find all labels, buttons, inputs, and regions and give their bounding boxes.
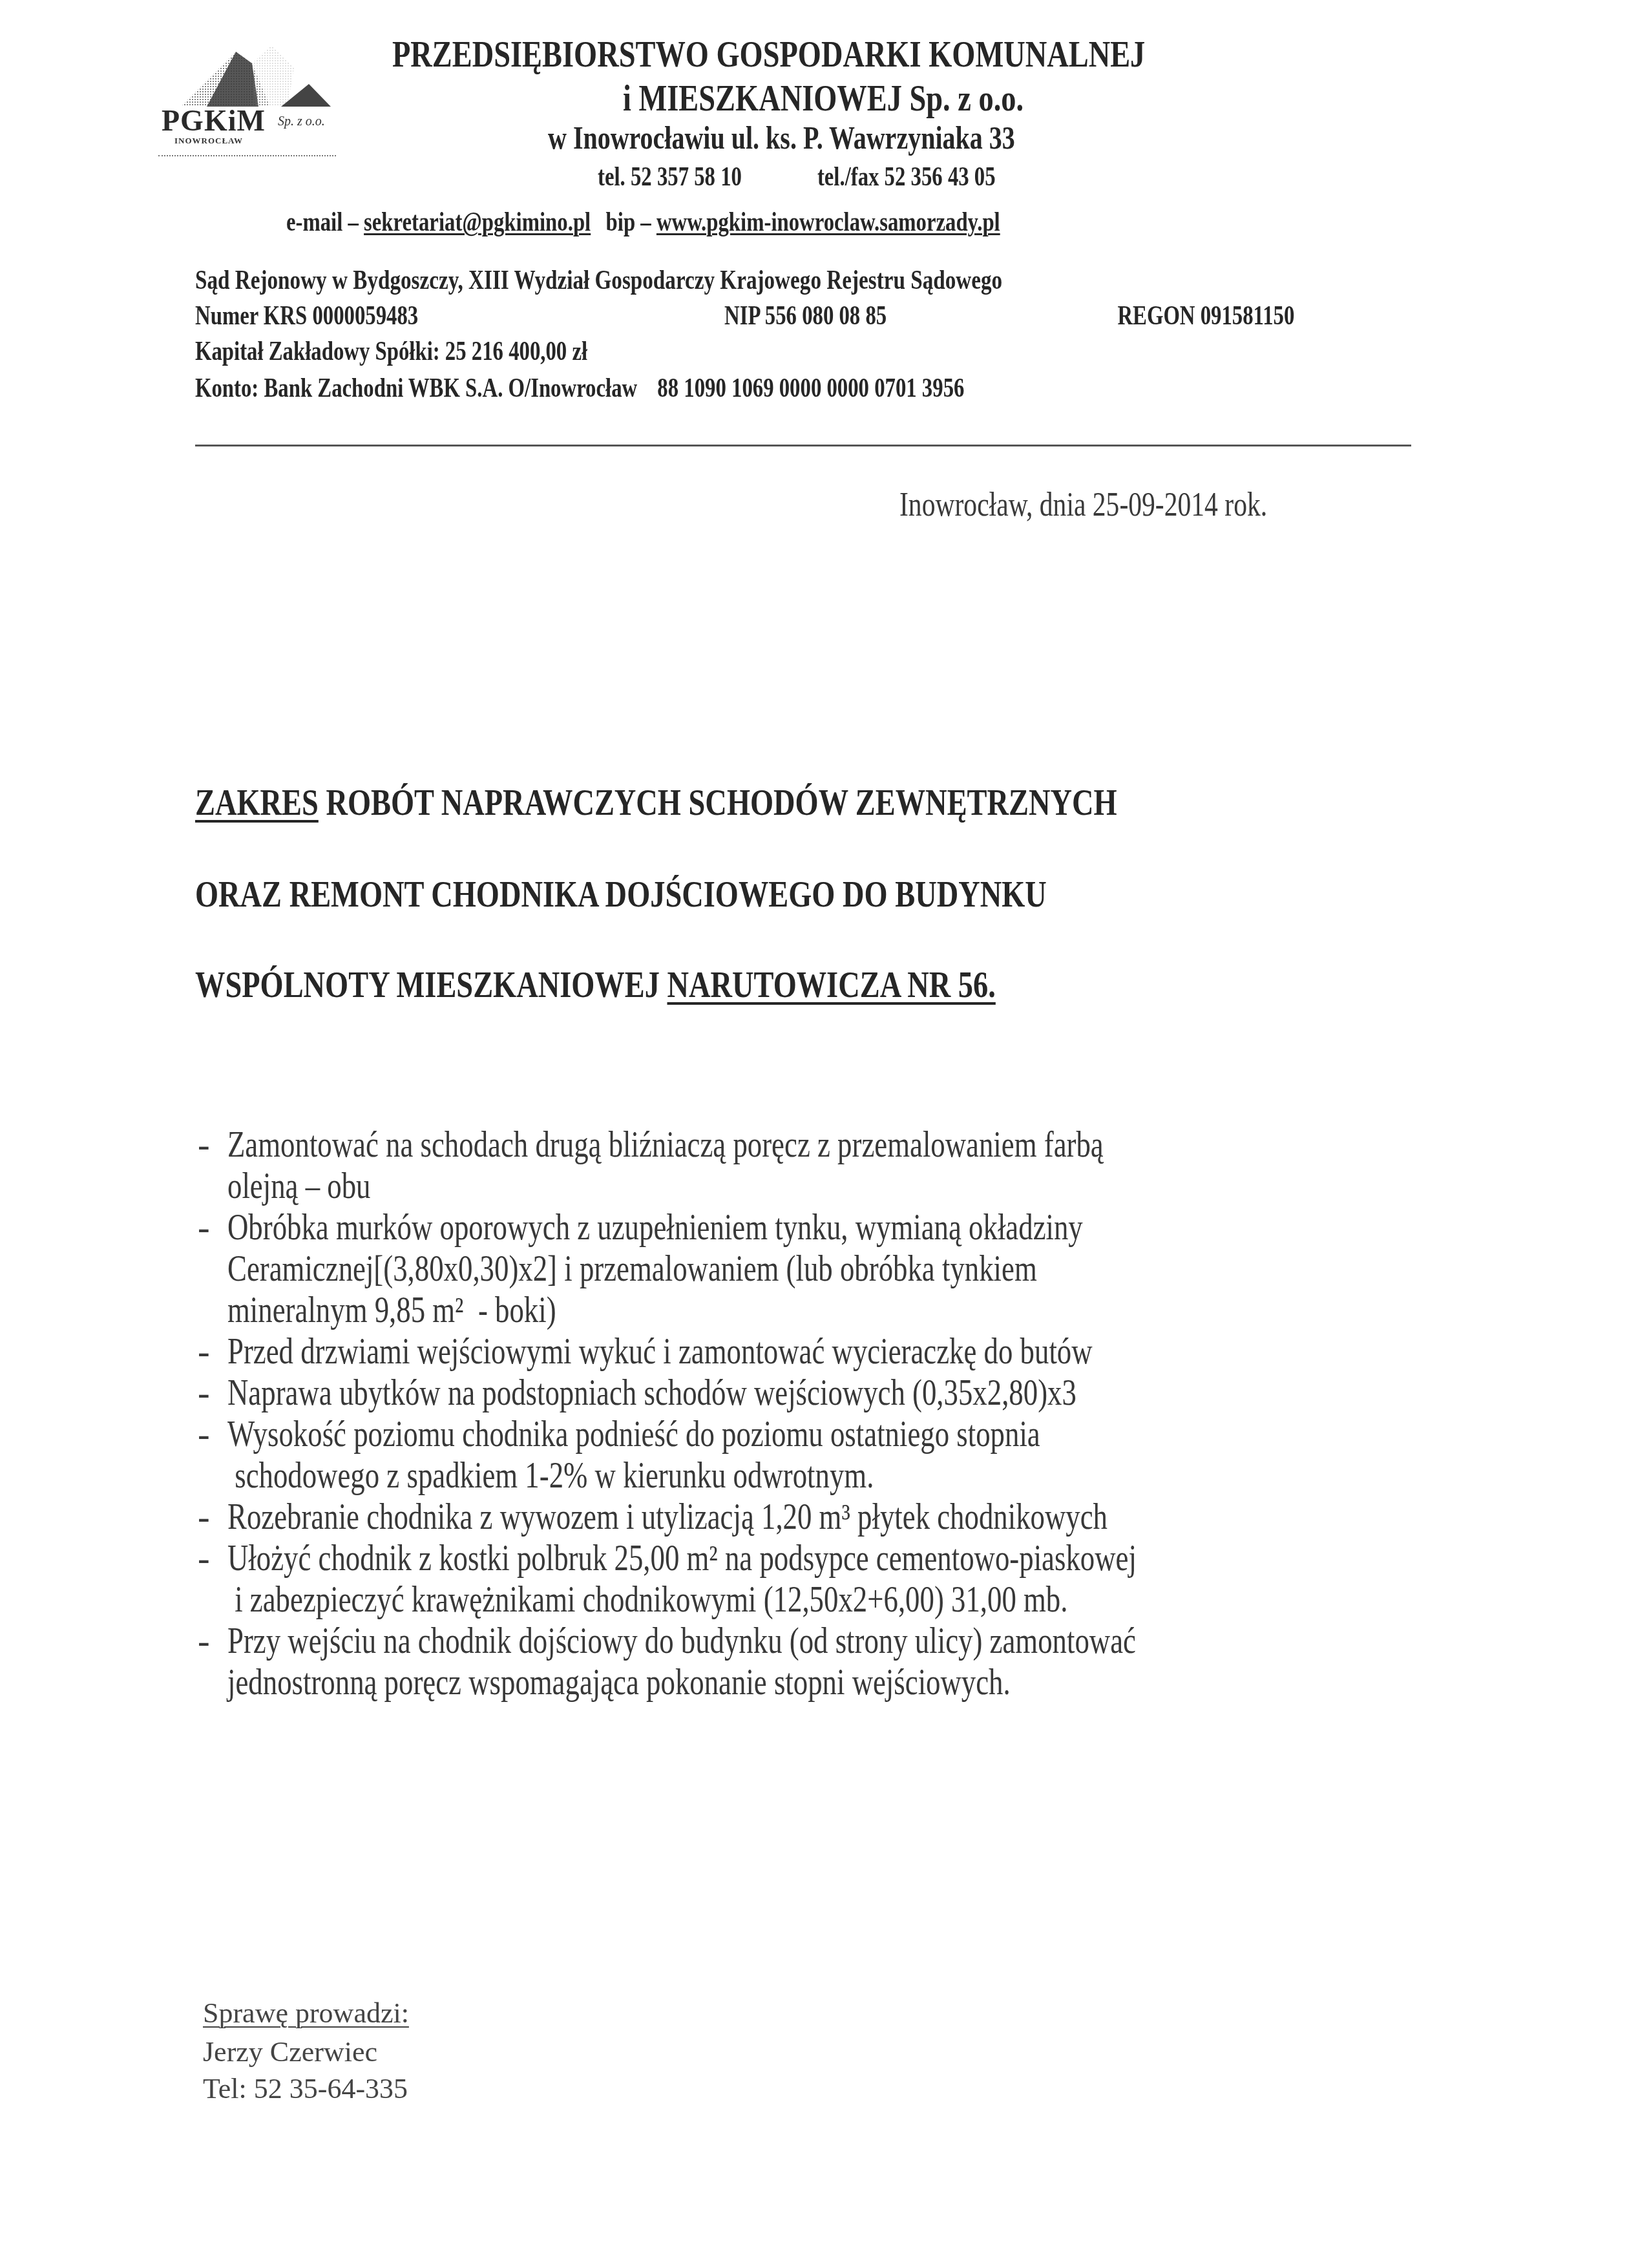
list-item-text: Ułożyć chodnik z kostki polbruk 25,00 m²…	[227, 1538, 1208, 1579]
bullet-dash: -	[198, 1414, 210, 1455]
mountain-logo-icon	[155, 39, 349, 110]
list-item-text: Obróbka murków oporowych z uzupełnieniem…	[227, 1207, 1208, 1248]
bullet-dash: -	[198, 1207, 210, 1248]
list-item: -Wysokość poziomu chodnika podnieść do p…	[194, 1414, 1454, 1496]
list-item: -Zamontować na schodach drugą bliźniaczą…	[194, 1124, 1454, 1207]
work-items-list: -Zamontować na schodach drugą bliźniaczą…	[194, 1124, 1454, 1703]
phone-number: tel. 52 357 58 10	[598, 162, 742, 192]
case-handler-phone: Tel: 52 35-64-335	[203, 2072, 408, 2105]
krs-number: Numer KRS 0000059483	[195, 301, 418, 331]
company-name-line2: i MIESZKANIOWEJ Sp. z o.o.	[623, 76, 1024, 120]
company-name-line1: PRZEDSIĘBIORSTWO GOSPODARKI KOMUNALNEJ	[392, 32, 1145, 76]
bullet-dash: -	[198, 1621, 210, 1662]
registry-bank: Konto: Bank Zachodni WBK S.A. O/Inowrocł…	[195, 373, 964, 404]
bullet-dash: -	[198, 1124, 210, 1166]
list-item-text: schodowego z spadkiem 1-2% w kierunku od…	[227, 1455, 1208, 1496]
list-item-text: Wysokość poziomu chodnika podnieść do po…	[227, 1414, 1208, 1455]
list-item: -Rozebranie chodnika z wywozem i utyliza…	[194, 1496, 1454, 1538]
list-item-text: Naprawa ubytków na podstopniach schodów …	[227, 1372, 1208, 1414]
company-logo: PGKiM Sp. z o.o. INOWROCŁAW	[155, 39, 349, 168]
list-item-text: olejną – obu	[227, 1166, 1208, 1207]
fax-number: tel./fax 52 356 43 05	[817, 162, 996, 192]
case-handler-label: Sprawę prowadzi:	[203, 1997, 409, 2030]
logo-divider	[158, 155, 336, 156]
email-link[interactable]: sekretariat@pgkimino.pl	[364, 207, 591, 237]
list-item-text: Zamontować na schodach drugą bliźniaczą …	[227, 1124, 1208, 1166]
list-item: -Przed drzwiami wejściowymi wykuć i zamo…	[194, 1331, 1454, 1372]
company-phones: tel. 52 357 58 10tel./fax 52 356 43 05	[598, 162, 996, 193]
company-address: w Inowrocławiu ul. ks. P. Wawrzyniaka 33	[548, 119, 1015, 156]
nip-number: NIP 556 080 08 85	[724, 300, 887, 331]
list-item-text: Przed drzwiami wejściowymi wykuć i zamon…	[227, 1331, 1208, 1372]
list-item: -Obróbka murków oporowych z uzupełnienie…	[194, 1207, 1454, 1331]
registry-capital: Kapitał Zakładowy Spółki: 25 216 400,00 …	[195, 336, 587, 367]
list-item-text: Rozebranie chodnika z wywozem i utylizac…	[227, 1496, 1208, 1538]
registry-ids: Numer KRS 0000059483 NIP 556 080 08 85 R…	[195, 300, 418, 331]
title-underlined-word: ZAKRES	[195, 781, 319, 823]
company-contact: e-mail – sekretariat@pgkimino.plbip – ww…	[286, 207, 1000, 238]
header-divider	[195, 445, 1411, 446]
bip-link[interactable]: www.pgkim-inowroclaw.samorzady.pl	[656, 207, 1000, 237]
bullet-dash: -	[198, 1372, 210, 1414]
list-item-text: jednostronną poręcz wspomagająca pokonan…	[227, 1662, 1208, 1703]
bank-name: Konto: Bank Zachodni WBK S.A. O/Inowrocł…	[195, 373, 637, 403]
registry-court: Sąd Rejonowy w Bydgoszczy, XIII Wydział …	[195, 265, 1002, 296]
title-address: NARUTOWICZA NR 56.	[667, 963, 995, 1005]
list-item-text: Ceramicznej[(3,80x0,30)x2] i przemalowan…	[227, 1248, 1208, 1290]
regon-number: REGON 091581150	[1117, 300, 1294, 331]
list-item: -Przy wejściu na chodnik dojściowy do bu…	[194, 1621, 1454, 1703]
document-title-line1: ZAKRES ROBÓT NAPRAWCZYCH SCHODÓW ZEWNĘTR…	[195, 781, 1117, 824]
logo-city: INOWROCŁAW	[174, 136, 243, 146]
list-item: -Ułożyć chodnik z kostki polbruk 25,00 m…	[194, 1538, 1454, 1621]
document-date: Inowrocław, dnia 25-09-2014 rok.	[899, 486, 1267, 524]
list-item: -Naprawa ubytków na podstopniach schodów…	[194, 1372, 1454, 1414]
logo-suffix: Sp. z o.o.	[278, 114, 325, 129]
list-item-text: i zabezpieczyć krawężnikami chodnikowymi…	[227, 1579, 1208, 1621]
logo-name: PGKiM	[162, 103, 266, 138]
bip-label: bip –	[606, 207, 656, 237]
email-label: e-mail –	[286, 207, 364, 237]
bank-account: 88 1090 1069 0000 0000 0701 3956	[657, 373, 964, 403]
document-title-line3: WSPÓLNOTY MIESZKANIOWEJ NARUTOWICZA NR 5…	[195, 963, 996, 1006]
bullet-dash: -	[198, 1496, 210, 1538]
list-item-text: mineralnym 9,85 m² - boki)	[227, 1290, 1208, 1331]
case-handler-name: Jerzy Czerwiec	[203, 2035, 377, 2068]
bullet-dash: -	[198, 1538, 210, 1579]
document-title-line2: ORAZ REMONT CHODNIKA DOJŚCIOWEGO DO BUDY…	[195, 872, 1047, 916]
list-item-text: Przy wejściu na chodnik dojściowy do bud…	[227, 1621, 1208, 1662]
bullet-dash: -	[198, 1331, 210, 1372]
